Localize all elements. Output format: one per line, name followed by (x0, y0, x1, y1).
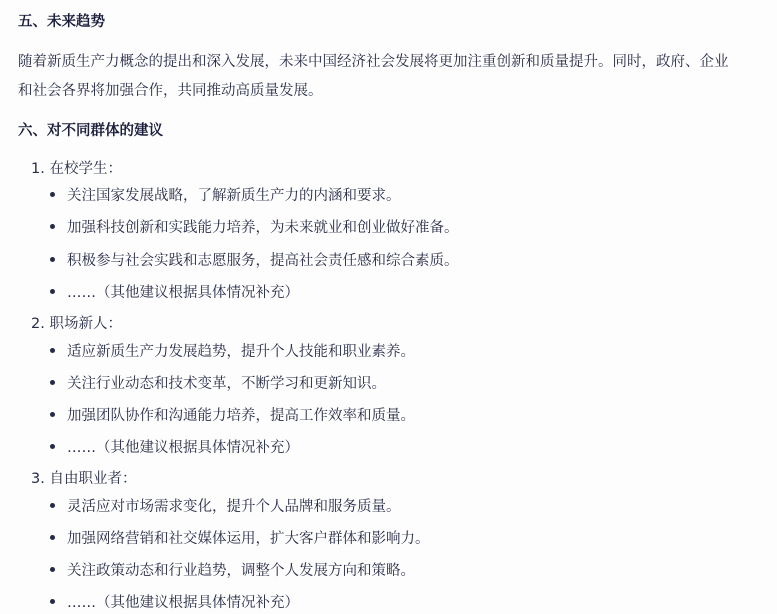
list-item: 积极参与社会实践和志愿服务，提高社会责任感和综合素质。 (50, 249, 459, 270)
section-5-paragraph-line-2: 和社会各界将加强合作，共同推动高质量发展。 (18, 79, 323, 100)
section-5-heading: 五、未来趋势 (18, 10, 105, 31)
bullet-icon (50, 224, 55, 229)
bullet-icon (50, 599, 55, 604)
bullet-icon (50, 192, 55, 197)
list-item: ……（其他建议根据具体情况补充） (50, 436, 299, 457)
group-students-label: 1. 在校学生： (31, 157, 122, 178)
list-item: 关注行业动态和技术变革，不断学习和更新知识。 (50, 372, 386, 393)
bullet-icon (50, 567, 55, 572)
list-item: 加强网络营销和社交媒体运用，扩大客户群体和影响力。 (50, 527, 430, 548)
group-freelancers-label: 3. 自由职业者： (31, 467, 136, 488)
bullet-icon (50, 412, 55, 417)
group-new-employees-label: 2. 职场新人： (31, 312, 122, 333)
bullet-icon (50, 257, 55, 262)
bullet-icon (50, 535, 55, 540)
list-item: 关注政策动态和行业趋势，调整个人发展方向和策略。 (50, 559, 415, 580)
bullet-icon (50, 444, 55, 449)
bullet-icon (50, 289, 55, 294)
bullet-icon (50, 503, 55, 508)
list-item: 加强科技创新和实践能力培养，为未来就业和创业做好准备。 (50, 216, 459, 237)
list-item: ……（其他建议根据具体情况补充） (50, 591, 299, 612)
bullet-icon (50, 348, 55, 353)
list-item: 灵活应对市场需求变化，提升个人品牌和服务质量。 (50, 495, 401, 516)
section-5-paragraph-line-1: 随着新质生产力概念的提出和深入发展，未来中国经济社会发展将更加注重创新和质量提升… (18, 50, 729, 71)
list-item: ……（其他建议根据具体情况补充） (50, 281, 299, 302)
list-item: 加强团队协作和沟通能力培养，提高工作效率和质量。 (50, 404, 415, 425)
list-item: 适应新质生产力发展趋势，提升个人技能和职业素养。 (50, 340, 415, 361)
section-6-heading: 六、对不同群体的建议 (18, 119, 163, 140)
list-item: 关注国家发展战略，了解新质生产力的内涵和要求。 (50, 184, 401, 205)
bullet-icon (50, 380, 55, 385)
